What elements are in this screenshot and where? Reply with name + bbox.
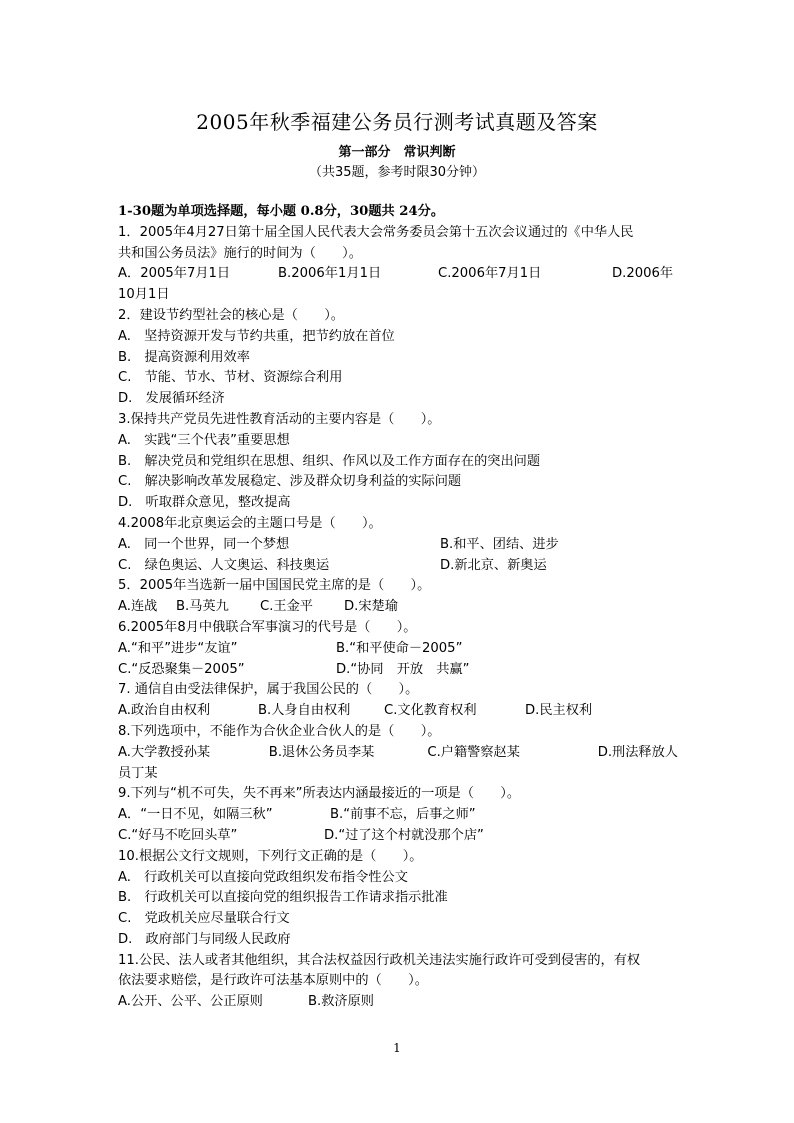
option-a: A．2005年7月1日	[118, 264, 278, 285]
option-d: D.“过了这个村就没那个店”	[324, 826, 484, 847]
document-title: 2005年秋季福建公务员行测考试真题及答案	[0, 106, 794, 135]
question-9: 9.下列与“机不可失，失不再来”所表达内涵最接近的一项是（ ）。	[118, 784, 678, 805]
option-a: A. 同一个世界，同一个梦想	[118, 535, 440, 556]
option-a: A. 坚持资源开发与节约共重，把节约放在首位	[118, 327, 678, 348]
option-d: D. 发展循环经济	[118, 389, 678, 410]
question-6-options-row-2: C.“反恐聚集－2005” D.“协同 开放 共赢”	[118, 660, 678, 681]
option-b: B. 行政机关可以直接向党的组织报告工作请求指示批准	[118, 888, 678, 909]
option-d-continued: 员丁某	[118, 764, 678, 785]
option-a: A.“和平”进步“友谊”	[118, 639, 336, 660]
option-a: A.大学教授孙某	[118, 743, 269, 764]
question-2: 2．建设节约型社会的核心是（ ）。	[118, 306, 678, 327]
option-d: D.宋楚瑜	[344, 597, 398, 618]
document-page: 2005年秋季福建公务员行测考试真题及答案 第一部分 常识判断 （共35题，参考…	[0, 0, 794, 1123]
question-6: 6.2005年8月中俄联合军事演习的代号是（ ）。	[118, 618, 678, 639]
question-8: 8.下列选项中，不能作为合伙企业合伙人的是（ ）。	[118, 722, 678, 743]
question-4-options-row-1: A. 同一个世界，同一个梦想 B.和平、团结、进步	[118, 535, 678, 556]
question-11-line-2: 依法要求赔偿，是行政许可法基本原则中的（ ）。	[118, 971, 678, 992]
question-5-options: A.连战 B.马英九 C.王金平 D.宋楚瑜	[118, 597, 678, 618]
option-a: A.连战	[118, 597, 176, 618]
part-note: （共35题，参考时限30分钟）	[0, 161, 794, 180]
option-d: D.“协同 开放 共赢”	[336, 660, 470, 681]
option-b: B.和平、团结、进步	[440, 535, 559, 556]
option-c: C. 党政机关应尽量联合行文	[118, 909, 678, 930]
option-a: A. 实践“三个代表”重要思想	[118, 431, 678, 452]
option-b: B. 解决党员和党组织在思想、组织、作风以及工作方面存在的突出问题	[118, 452, 678, 473]
option-c: C. 绿色奥运、人文奥运、科技奥运	[118, 556, 440, 577]
question-4-options-row-2: C. 绿色奥运、人文奥运、科技奥运 D.新北京、新奥运	[118, 556, 678, 577]
question-4: 4.2008年北京奥运会的主题口号是（ ）。	[118, 514, 678, 535]
question-8-options: A.大学教授孙某 B.退休公务员李某 C.户籍警察赵某 D.刑法释放人	[118, 743, 678, 764]
option-b: B.“前事不忘，后事之师”	[330, 805, 476, 826]
option-a: A.政治自由权利	[118, 701, 258, 722]
option-d: D.刑法释放人	[598, 743, 678, 764]
question-1-line-2: 共和国公务员法》施行的时间为（ ）。	[118, 244, 678, 265]
question-11-options: A.公开、公平、公正原则 B.救济原则	[118, 992, 678, 1013]
option-b: B.“和平使命－2005”	[336, 639, 462, 660]
option-d: D.民主权利	[525, 701, 592, 722]
option-c: C.文化教育权利	[384, 701, 525, 722]
question-6-options-row-1: A.“和平”进步“友谊” B.“和平使命－2005”	[118, 639, 678, 660]
instructions: 1-30题为单项选择题，每小题 0.8分，30题共 24分。	[118, 202, 678, 223]
question-9-options-row-1: A．“一日不见，如隔三秋” B.“前事不忘，后事之师”	[118, 805, 678, 826]
option-b: B. 提高资源利用效率	[118, 348, 678, 369]
option-d: D. 政府部门与同级人民政府	[118, 930, 678, 951]
question-7: 7. 通信自由受法律保护，属于我国公民的（ ）。	[118, 680, 678, 701]
option-c: C. 解决影响改革发展稳定、涉及群众切身利益的实际问题	[118, 472, 678, 493]
page-number: 1	[0, 1041, 794, 1055]
option-b: B.2006年1月1日	[278, 264, 438, 285]
option-c: C.“反恐聚集－2005”	[118, 660, 336, 681]
option-c: C.王金平	[260, 597, 344, 618]
question-3: 3.保持共产党员先进性教育活动的主要内容是（ ）。	[118, 410, 678, 431]
option-a: A．“一日不见，如隔三秋”	[118, 805, 330, 826]
option-c: C.户籍警察赵某	[427, 743, 597, 764]
option-c: C.2006年7月1日	[438, 264, 612, 285]
option-b: B.人身自由权利	[258, 701, 384, 722]
question-1-options: A．2005年7月1日 B.2006年1月1日 C.2006年7月1日 D.20…	[118, 264, 678, 285]
option-b: B.救济原则	[308, 992, 374, 1013]
option-a: A.公开、公平、公正原则	[118, 992, 308, 1013]
part-title: 第一部分 常识判断	[0, 141, 794, 160]
option-d: D. 听取群众意见，整改提高	[118, 493, 678, 514]
question-10: 10.根据公文行文规则，下列行文正确的是（ ）。	[118, 847, 678, 868]
option-c: C. 节能、节水、节材、资源综合利用	[118, 368, 678, 389]
question-5: 5．2005年当选新一届中国国民党主席的是（ ）。	[118, 576, 678, 597]
question-9-options-row-2: C.“好马不吃回头草” D.“过了这个村就没那个店”	[118, 826, 678, 847]
option-d: D.2006年	[612, 264, 673, 285]
option-d-continued: 10月1日	[118, 285, 678, 306]
option-a: A. 行政机关可以直接向党政组织发布指令性公文	[118, 868, 678, 889]
option-d: D.新北京、新奥运	[440, 556, 547, 577]
question-7-options: A.政治自由权利 B.人身自由权利 C.文化教育权利 D.民主权利	[118, 701, 678, 722]
option-b: B.马英九	[176, 597, 260, 618]
question-1-line-1: 1．2005年4月27日第十届全国人民代表大会常务委员会第十五次会议通过的《中华…	[118, 223, 678, 244]
question-list: 1-30题为单项选择题，每小题 0.8分，30题共 24分。 1．2005年4月…	[118, 202, 678, 1013]
option-b: B.退休公务员李某	[269, 743, 428, 764]
question-11-line-1: 11.公民、法人或者其他组织，其合法权益因行政机关违法实施行政许可受到侵害的，有…	[118, 951, 678, 972]
option-c: C.“好马不吃回头草”	[118, 826, 324, 847]
